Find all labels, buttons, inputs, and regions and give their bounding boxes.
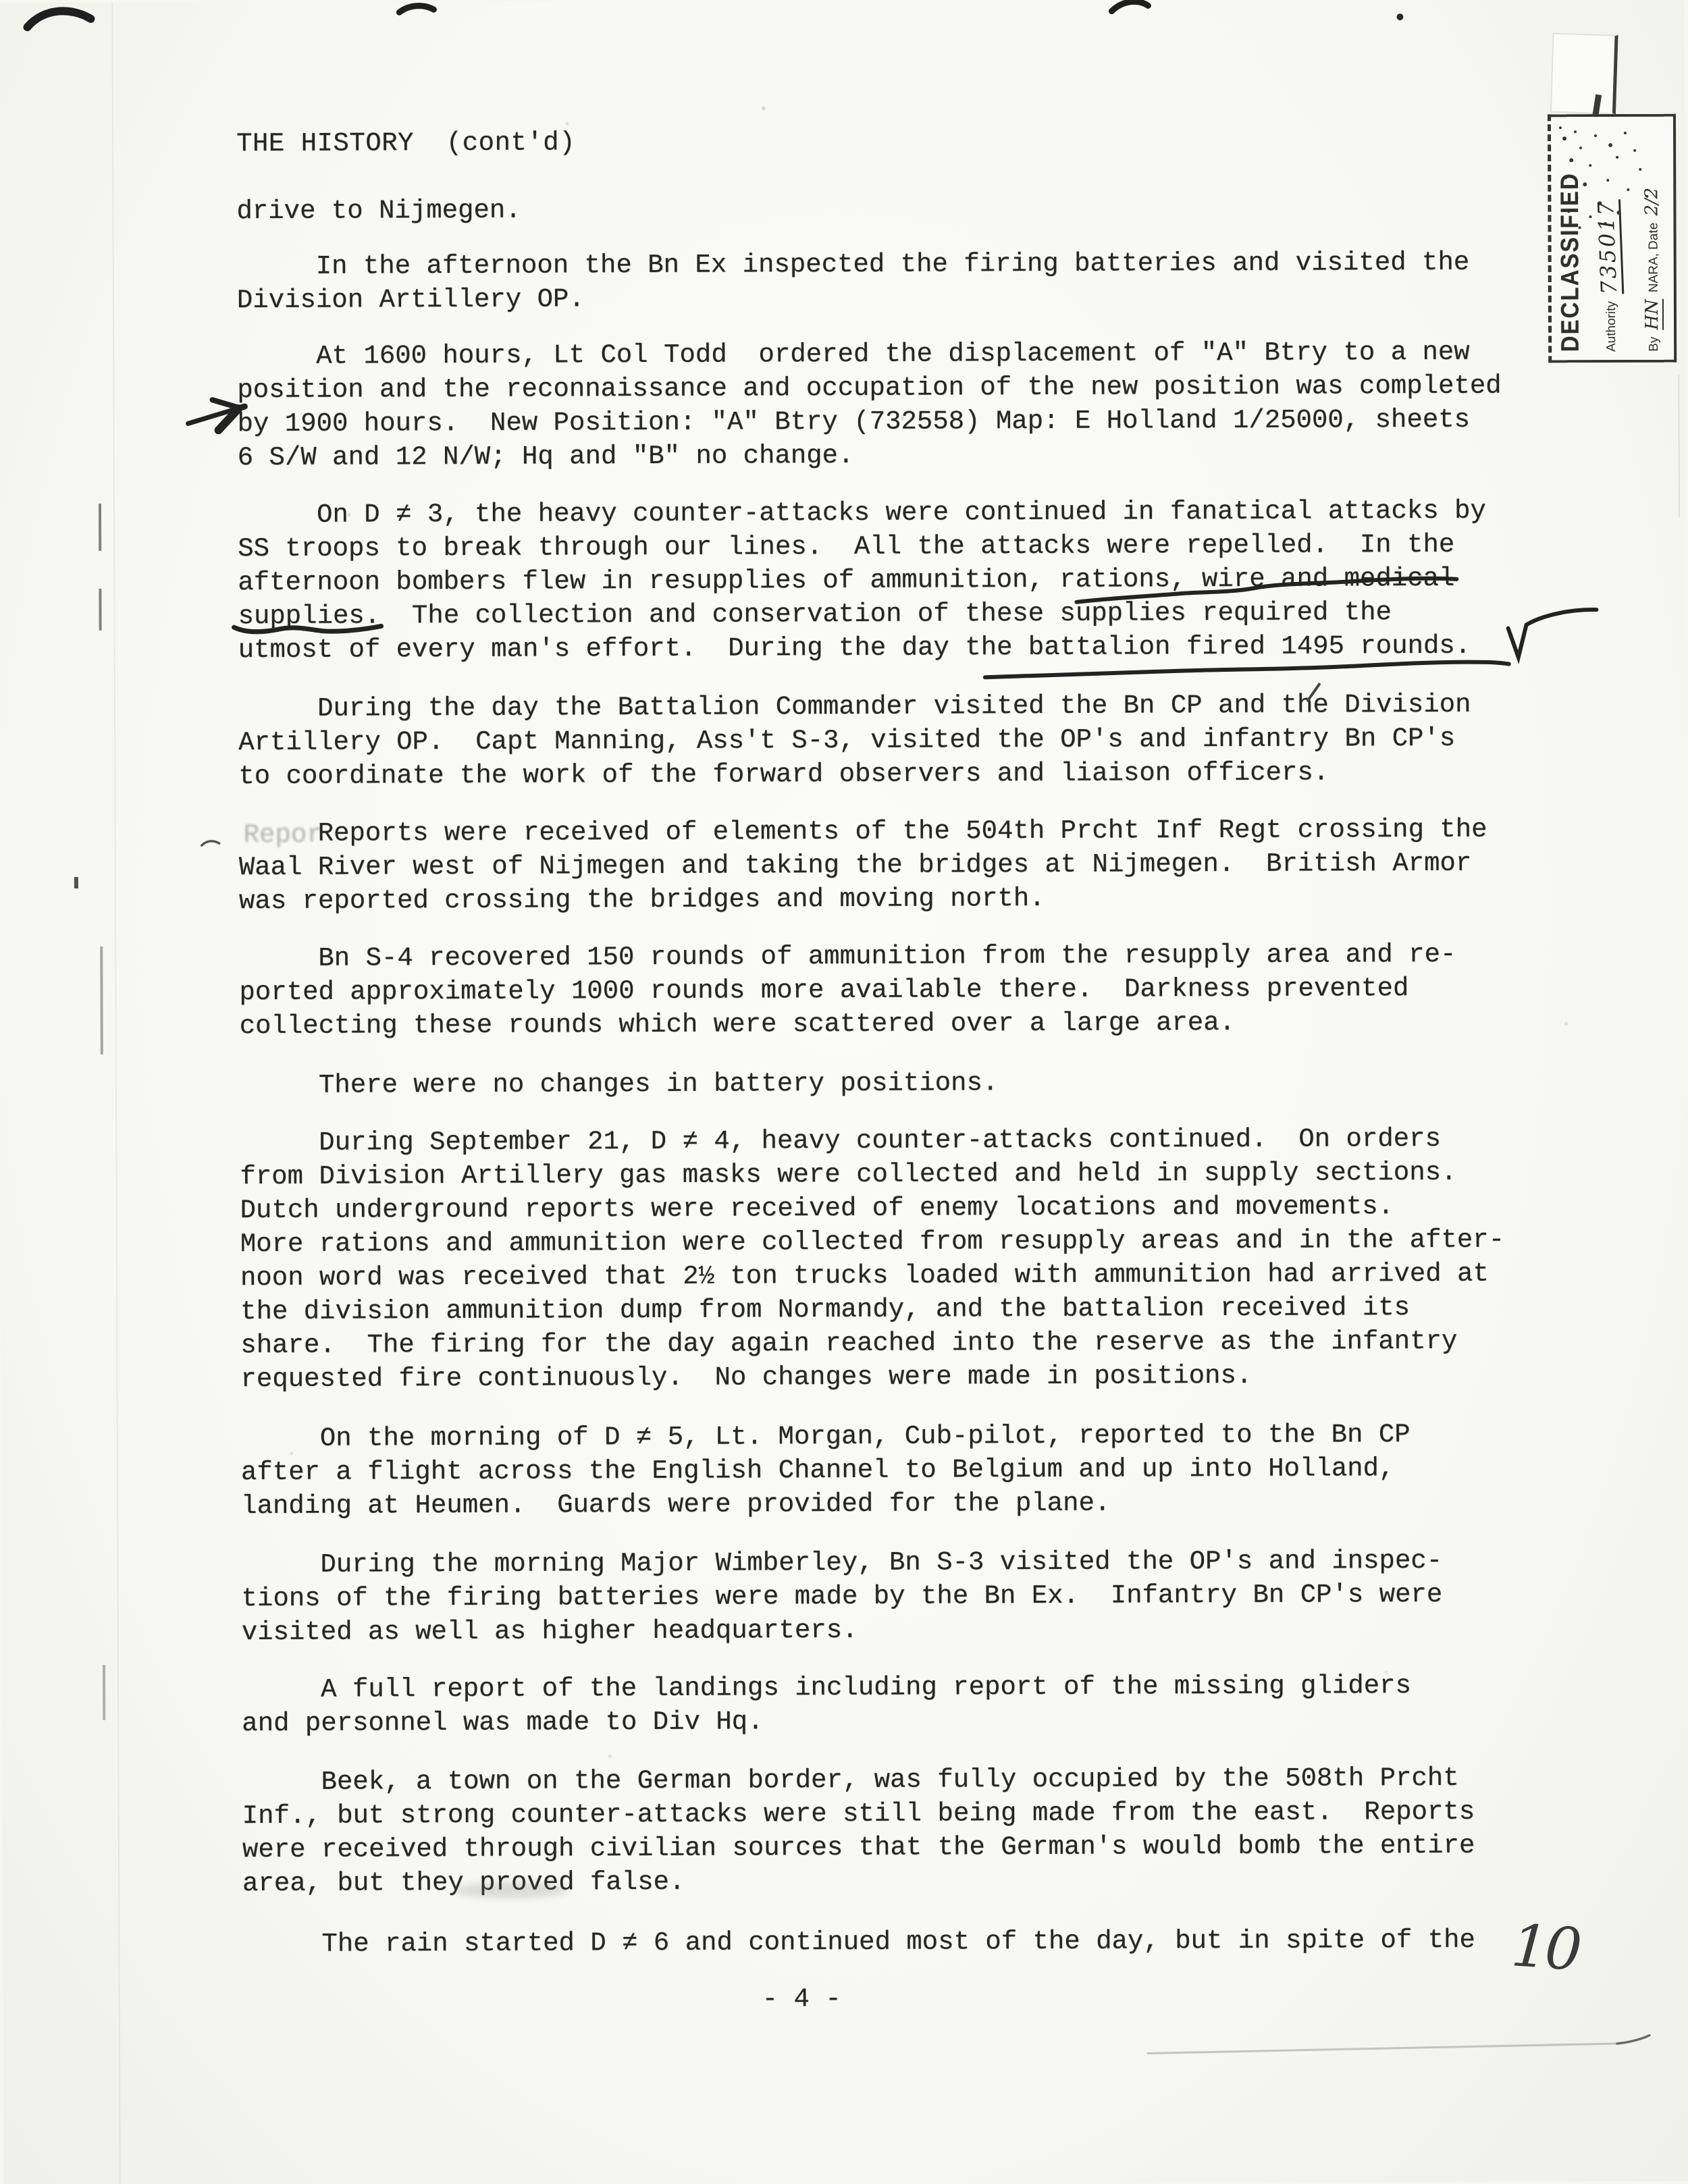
text-line: visited as well as higher headquarters. bbox=[242, 1612, 1443, 1649]
text-line: There were no changes in battery positio… bbox=[240, 1066, 999, 1102]
paragraph: A full report of the landings including … bbox=[242, 1669, 1411, 1740]
ghost-overtype-text: Repor bbox=[244, 818, 323, 852]
declassified-stamp: DECLASSIFIED Authority 735017 By HN NARA… bbox=[1548, 114, 1677, 363]
paragraph: On D ≠ 3, the heavy counter-attacks were… bbox=[238, 494, 1487, 667]
text-line: During September 21, D ≠ 4, heavy counte… bbox=[240, 1122, 1504, 1161]
text-line: area, but they proved false. bbox=[242, 1863, 1475, 1900]
text-line: by 1900 hours. New Position: "A" Btry (7… bbox=[237, 403, 1501, 442]
paragraph: During the morning Major Wimberley, Bn S… bbox=[241, 1544, 1442, 1649]
text-line: ported approximately 1000 rounds more av… bbox=[239, 971, 1456, 1009]
text-line: landing at Heumen. Guards were provided … bbox=[241, 1485, 1410, 1523]
paragraph: Bn S-4 recovered 150 rounds of ammunitio… bbox=[239, 938, 1456, 1043]
text-line: was reported crossing the bridges and mo… bbox=[239, 880, 1487, 918]
paragraph: Beek, a town on the German border, was f… bbox=[242, 1761, 1475, 1900]
text-line: More rations and ammunition were collect… bbox=[240, 1223, 1504, 1262]
document-title: THE HISTORY (cont'd) bbox=[236, 126, 575, 161]
text-line: Division Artillery OP. bbox=[237, 279, 1470, 317]
paragraph: Reports were received of elements of the… bbox=[239, 813, 1487, 918]
text-line: During the day the Battalion Commander v… bbox=[238, 688, 1471, 726]
stamp-title: DECLASSIFIED bbox=[1555, 172, 1584, 352]
ink-speck bbox=[1396, 14, 1403, 20]
ink-speck bbox=[74, 877, 78, 888]
checkmark-icon bbox=[1508, 610, 1597, 658]
text-line: 6 S/W and 12 N/W; Hq and "B" no change. bbox=[238, 437, 1502, 475]
margin-arrow-icon bbox=[188, 400, 244, 430]
text-line: During the morning Major Wimberley, Bn S… bbox=[241, 1544, 1442, 1582]
text-line: On the morning of D ≠ 5, Lt. Morgan, Cub… bbox=[241, 1418, 1410, 1456]
text-line: from Division Artillery gas masks were c… bbox=[240, 1156, 1504, 1194]
document-page: THE HISTORY (cont'd) drive to Nijmegen. … bbox=[0, 0, 1688, 2184]
text-line: position and the reconnaissance and occu… bbox=[237, 369, 1501, 408]
text-line: afternoon bombers flew in resupplies of … bbox=[238, 562, 1486, 600]
text-line: to coordinate the work of the forward ob… bbox=[238, 755, 1471, 793]
paragraph: During the day the Battalion Commander v… bbox=[238, 688, 1471, 793]
stamp-by-row: By HN NARA, Date 2/2 bbox=[1641, 188, 1664, 352]
text-line: requested fire continuously. No changes … bbox=[240, 1358, 1504, 1397]
text-line: after a flight across the English Channe… bbox=[241, 1451, 1410, 1489]
text-line: Artillery OP. Capt Manning, Ass't S-3, v… bbox=[238, 722, 1471, 760]
faint-bottom-line bbox=[1148, 2035, 1650, 2054]
stamp-date-value: 2/2 bbox=[1641, 188, 1662, 216]
text-line: A full report of the landings including … bbox=[242, 1669, 1411, 1707]
text-line: At 1600 hours, Lt Col Todd ordered the d… bbox=[237, 336, 1501, 374]
paragraph: The rain started D ≠ 6 and continued mos… bbox=[242, 1923, 1475, 1961]
stamp-authority-label: Authority bbox=[1604, 301, 1619, 352]
paragraph: There were no changes in battery positio… bbox=[240, 1066, 999, 1102]
text-line: Inf., but strong counter-attacks were st… bbox=[242, 1795, 1475, 1833]
scan-edge-mark bbox=[99, 589, 101, 631]
title-text: THE HISTORY (cont'd) bbox=[236, 126, 575, 161]
text-line: noon word was received that 2½ ton truck… bbox=[240, 1257, 1504, 1296]
text-line: and personnel was made to Div Hq. bbox=[242, 1703, 1411, 1740]
text-line: drive to Nijmegen. bbox=[236, 194, 521, 228]
tape-patch bbox=[1550, 33, 1618, 115]
text-line: the division ammunition dump from Norman… bbox=[240, 1291, 1504, 1329]
text-line: tions of the firing batteries were made … bbox=[242, 1578, 1443, 1616]
scan-edge-mark bbox=[100, 947, 103, 1055]
text-line: Reports were received of elements of the… bbox=[239, 813, 1487, 851]
text-line: were received through civilian sources t… bbox=[242, 1829, 1475, 1867]
paragraph: drive to Nijmegen. bbox=[236, 194, 521, 228]
paragraph: During September 21, D ≠ 4, heavy counte… bbox=[240, 1122, 1505, 1397]
paragraph: In the afternoon the Bn Ex inspected the… bbox=[237, 246, 1470, 317]
vertical-scan-line bbox=[111, 3, 120, 2184]
text-line: utmost of every man's effort. During the… bbox=[238, 629, 1487, 667]
stamp-nara-label: NARA, Date bbox=[1647, 223, 1662, 293]
stamp-by-value: HN bbox=[1642, 299, 1664, 330]
page-number: - 4 - bbox=[762, 1982, 841, 2016]
scan-edge-mark bbox=[99, 504, 101, 551]
text-line: SS troops to break through our lines. Al… bbox=[238, 528, 1486, 566]
text-line: Waal River west of Nijmegen and taking t… bbox=[239, 847, 1487, 884]
text-line: collecting these rounds which were scatt… bbox=[240, 1005, 1456, 1043]
pencil-squiggle-mark bbox=[202, 841, 219, 846]
paragraph: On the morning of D ≠ 5, Lt. Morgan, Cub… bbox=[241, 1418, 1410, 1523]
stamp-authority-value: 735017 bbox=[1593, 199, 1624, 295]
stamp-authority-row: Authority 735017 bbox=[1594, 200, 1623, 352]
scan-edge-blobs bbox=[27, 1, 1148, 27]
page-number-text: - 4 - bbox=[762, 1982, 841, 2016]
text-line: The rain started D ≠ 6 and continued mos… bbox=[242, 1923, 1475, 1961]
handwritten-margin-note: 10 bbox=[1510, 1917, 1581, 1979]
text-line: Beek, a town on the German border, was f… bbox=[242, 1761, 1475, 1799]
paragraph: At 1600 hours, Lt Col Todd ordered the d… bbox=[237, 336, 1502, 475]
scan-edge-mark bbox=[103, 1665, 105, 1720]
stamp-by-label: By bbox=[1647, 337, 1662, 352]
text-line: Bn S-4 recovered 150 rounds of ammunitio… bbox=[239, 938, 1456, 976]
text-line: Dutch underground reports were received … bbox=[240, 1190, 1504, 1228]
stamp-speckles bbox=[1559, 126, 1562, 129]
text-line: On D ≠ 3, the heavy counter-attacks were… bbox=[238, 494, 1486, 532]
vertical-scan-line-right bbox=[1678, 375, 1680, 517]
text-line: supplies. The collection and conservatio… bbox=[238, 595, 1486, 633]
text-line: share. The firing for the day again reac… bbox=[240, 1325, 1504, 1363]
text-line: In the afternoon the Bn Ex inspected the… bbox=[237, 246, 1470, 284]
